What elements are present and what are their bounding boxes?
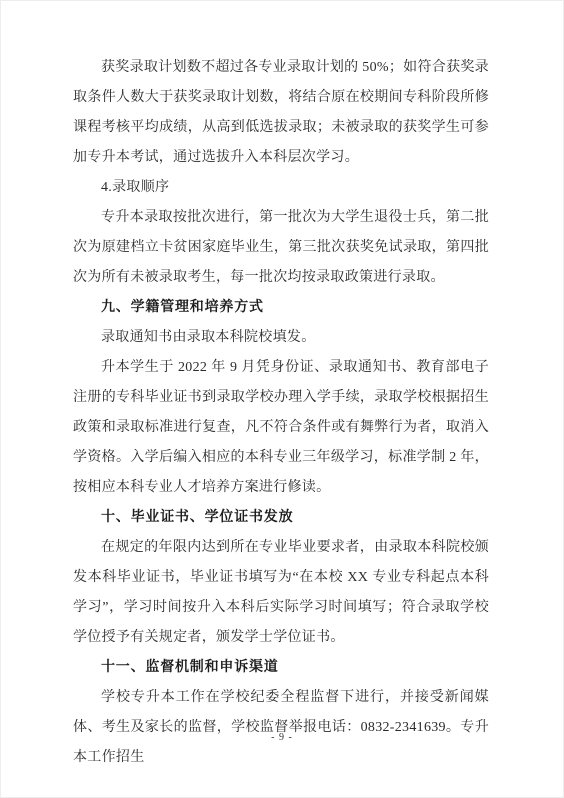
paragraph-registration-procedure: 升本学生于 2022 年 9 月凭身份证、录取通知书、教育部电子注册的专科毕业证… [73,353,489,503]
document-page: 获奖录取计划数不超过各专业录取计划的 50%；如符合获奖录取条件人数大于获奖录取… [0,0,564,798]
paragraph-admission-batches: 专升本录取按批次进行，第一批次为大学生退役士兵，第二批次为原建档立卡贫困家庭毕业… [73,203,489,293]
paragraph-award-admission-quota: 获奖录取计划数不超过各专业录取计划的 50%；如符合获奖录取条件人数大于获奖录取… [73,53,489,173]
paragraph-diploma-issuance: 在规定的年限内达到所在专业毕业要求者，由录取本科院校颁发本科毕业证书，毕业证书填… [73,533,489,653]
document-content: 获奖录取计划数不超过各专业录取计划的 50%；如符合获奖录取条件人数大于获奖录取… [73,53,489,773]
section-heading-10-diploma-degree: 十、毕业证书、学位证书发放 [73,503,489,533]
page-number: - 9 - [1,731,563,745]
subheading-admission-order: 4.录取顺序 [73,173,489,203]
paragraph-supervision-hotline: 学校专升本工作在学校纪委全程监督下进行，并接受新闻媒体、考生及家长的监督，学校监… [73,683,489,773]
section-heading-9-enrollment-management: 九、学籍管理和培养方式 [73,293,489,323]
section-heading-11-supervision-appeal: 十一、监督机制和申诉渠道 [73,653,489,683]
paragraph-admission-notice: 录取通知书由录取本科院校填发。 [73,323,489,353]
